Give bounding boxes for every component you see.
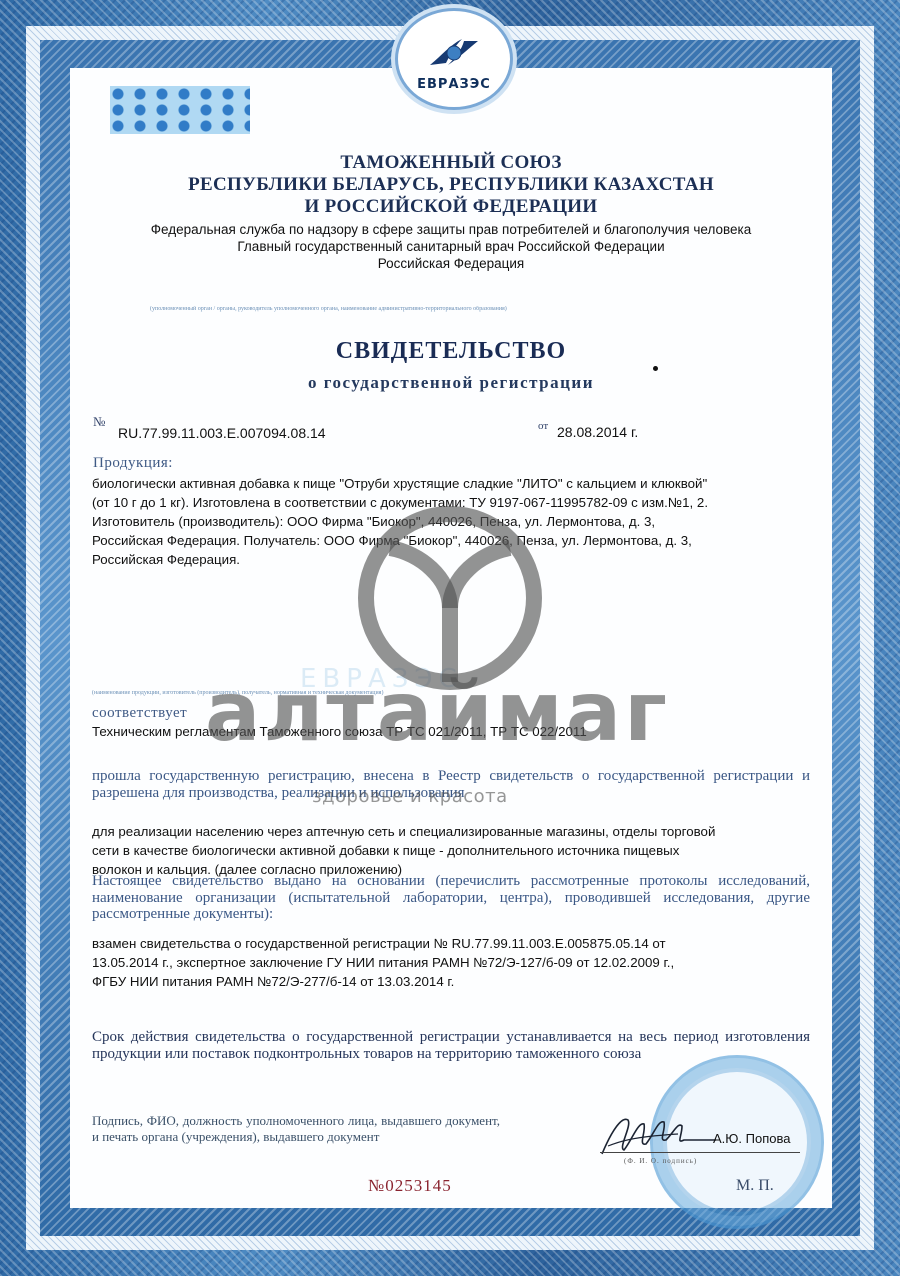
usage-line: для реализации населению через аптечную …: [92, 822, 822, 841]
date-prefix: от: [538, 420, 548, 432]
validity-statement: Срок действия свидетельства о государств…: [92, 1029, 810, 1063]
customs-union-heading: ТАМОЖЕННЫЙ СОЮЗ РЕСПУБЛИКИ БЕЛАРУСЬ, РЕС…: [70, 152, 832, 218]
blank-serial-number: №0253145: [368, 1176, 452, 1196]
heading-line: ТАМОЖЕННЫЙ СОЮЗ: [70, 152, 832, 174]
eurasec-emblem: ЕВРАЗЭС: [395, 8, 513, 110]
hologram-sticker: [110, 86, 250, 134]
registration-date: 28.08.2014 г.: [557, 424, 638, 440]
agency-line: Федеральная служба по надзору в сфере за…: [70, 221, 832, 238]
signature-line: [600, 1152, 800, 1153]
heading-line: РЕСПУБЛИКИ БЕЛАРУСЬ, РЕСПУБЛИКИ КАЗАХСТА…: [70, 174, 832, 196]
product-label: Продукция:: [93, 455, 173, 472]
usage-line: сети в качестве биологически активной до…: [92, 841, 822, 860]
agency-block: Федеральная служба по надзору в сфере за…: [70, 221, 832, 272]
basis-line: ФГБУ НИИ питания РАМН №72/Э-277/б-14 от …: [92, 972, 822, 991]
fio-hint: (Ф. И. О. подпись): [624, 1157, 697, 1165]
ink-dot: [653, 366, 658, 371]
signer-name: А.Ю. Попова: [713, 1131, 790, 1146]
certificate-title: СВИДЕТЕЛЬСТВО: [70, 338, 832, 365]
emblem-label: ЕВРАЗЭС: [398, 77, 510, 92]
basis-statement: Настоящее свидетельство выдано на основа…: [92, 873, 810, 923]
heading-line: И РОССИЙСКОЙ ФЕДЕРАЦИИ: [70, 196, 832, 218]
basis-line: взамен свидетельства о государственной р…: [92, 934, 822, 953]
signature-caption: Подпись, ФИО, должность уполномоченного …: [92, 1113, 500, 1145]
eurasec-emblem-icon: [428, 37, 480, 67]
basis-documents: взамен свидетельства о государственной р…: [92, 934, 822, 991]
watermark-tagline: здоровье и красота: [312, 786, 508, 807]
seal-mark: М. П.: [736, 1177, 774, 1195]
conformity-label: соответствует: [92, 705, 187, 722]
watermark-brand: алтаймаг: [205, 665, 670, 760]
registration-number: RU.77.99.11.003.Е.007094.08.14: [118, 425, 326, 441]
number-sign: №: [93, 414, 105, 430]
certificate-subtitle: о государственной регистрации: [70, 373, 832, 393]
usage-description: для реализации населению через аптечную …: [92, 822, 822, 879]
agency-line: Главный государственный санитарный врач …: [70, 238, 832, 255]
basis-line: 13.05.2014 г., экспертное заключение ГУ …: [92, 953, 822, 972]
authority-hint: (уполномоченный орган / органы, руководи…: [150, 306, 755, 312]
agency-line: Российская Федерация: [70, 255, 832, 272]
product-line: биологически активная добавка к пище "От…: [92, 474, 822, 493]
